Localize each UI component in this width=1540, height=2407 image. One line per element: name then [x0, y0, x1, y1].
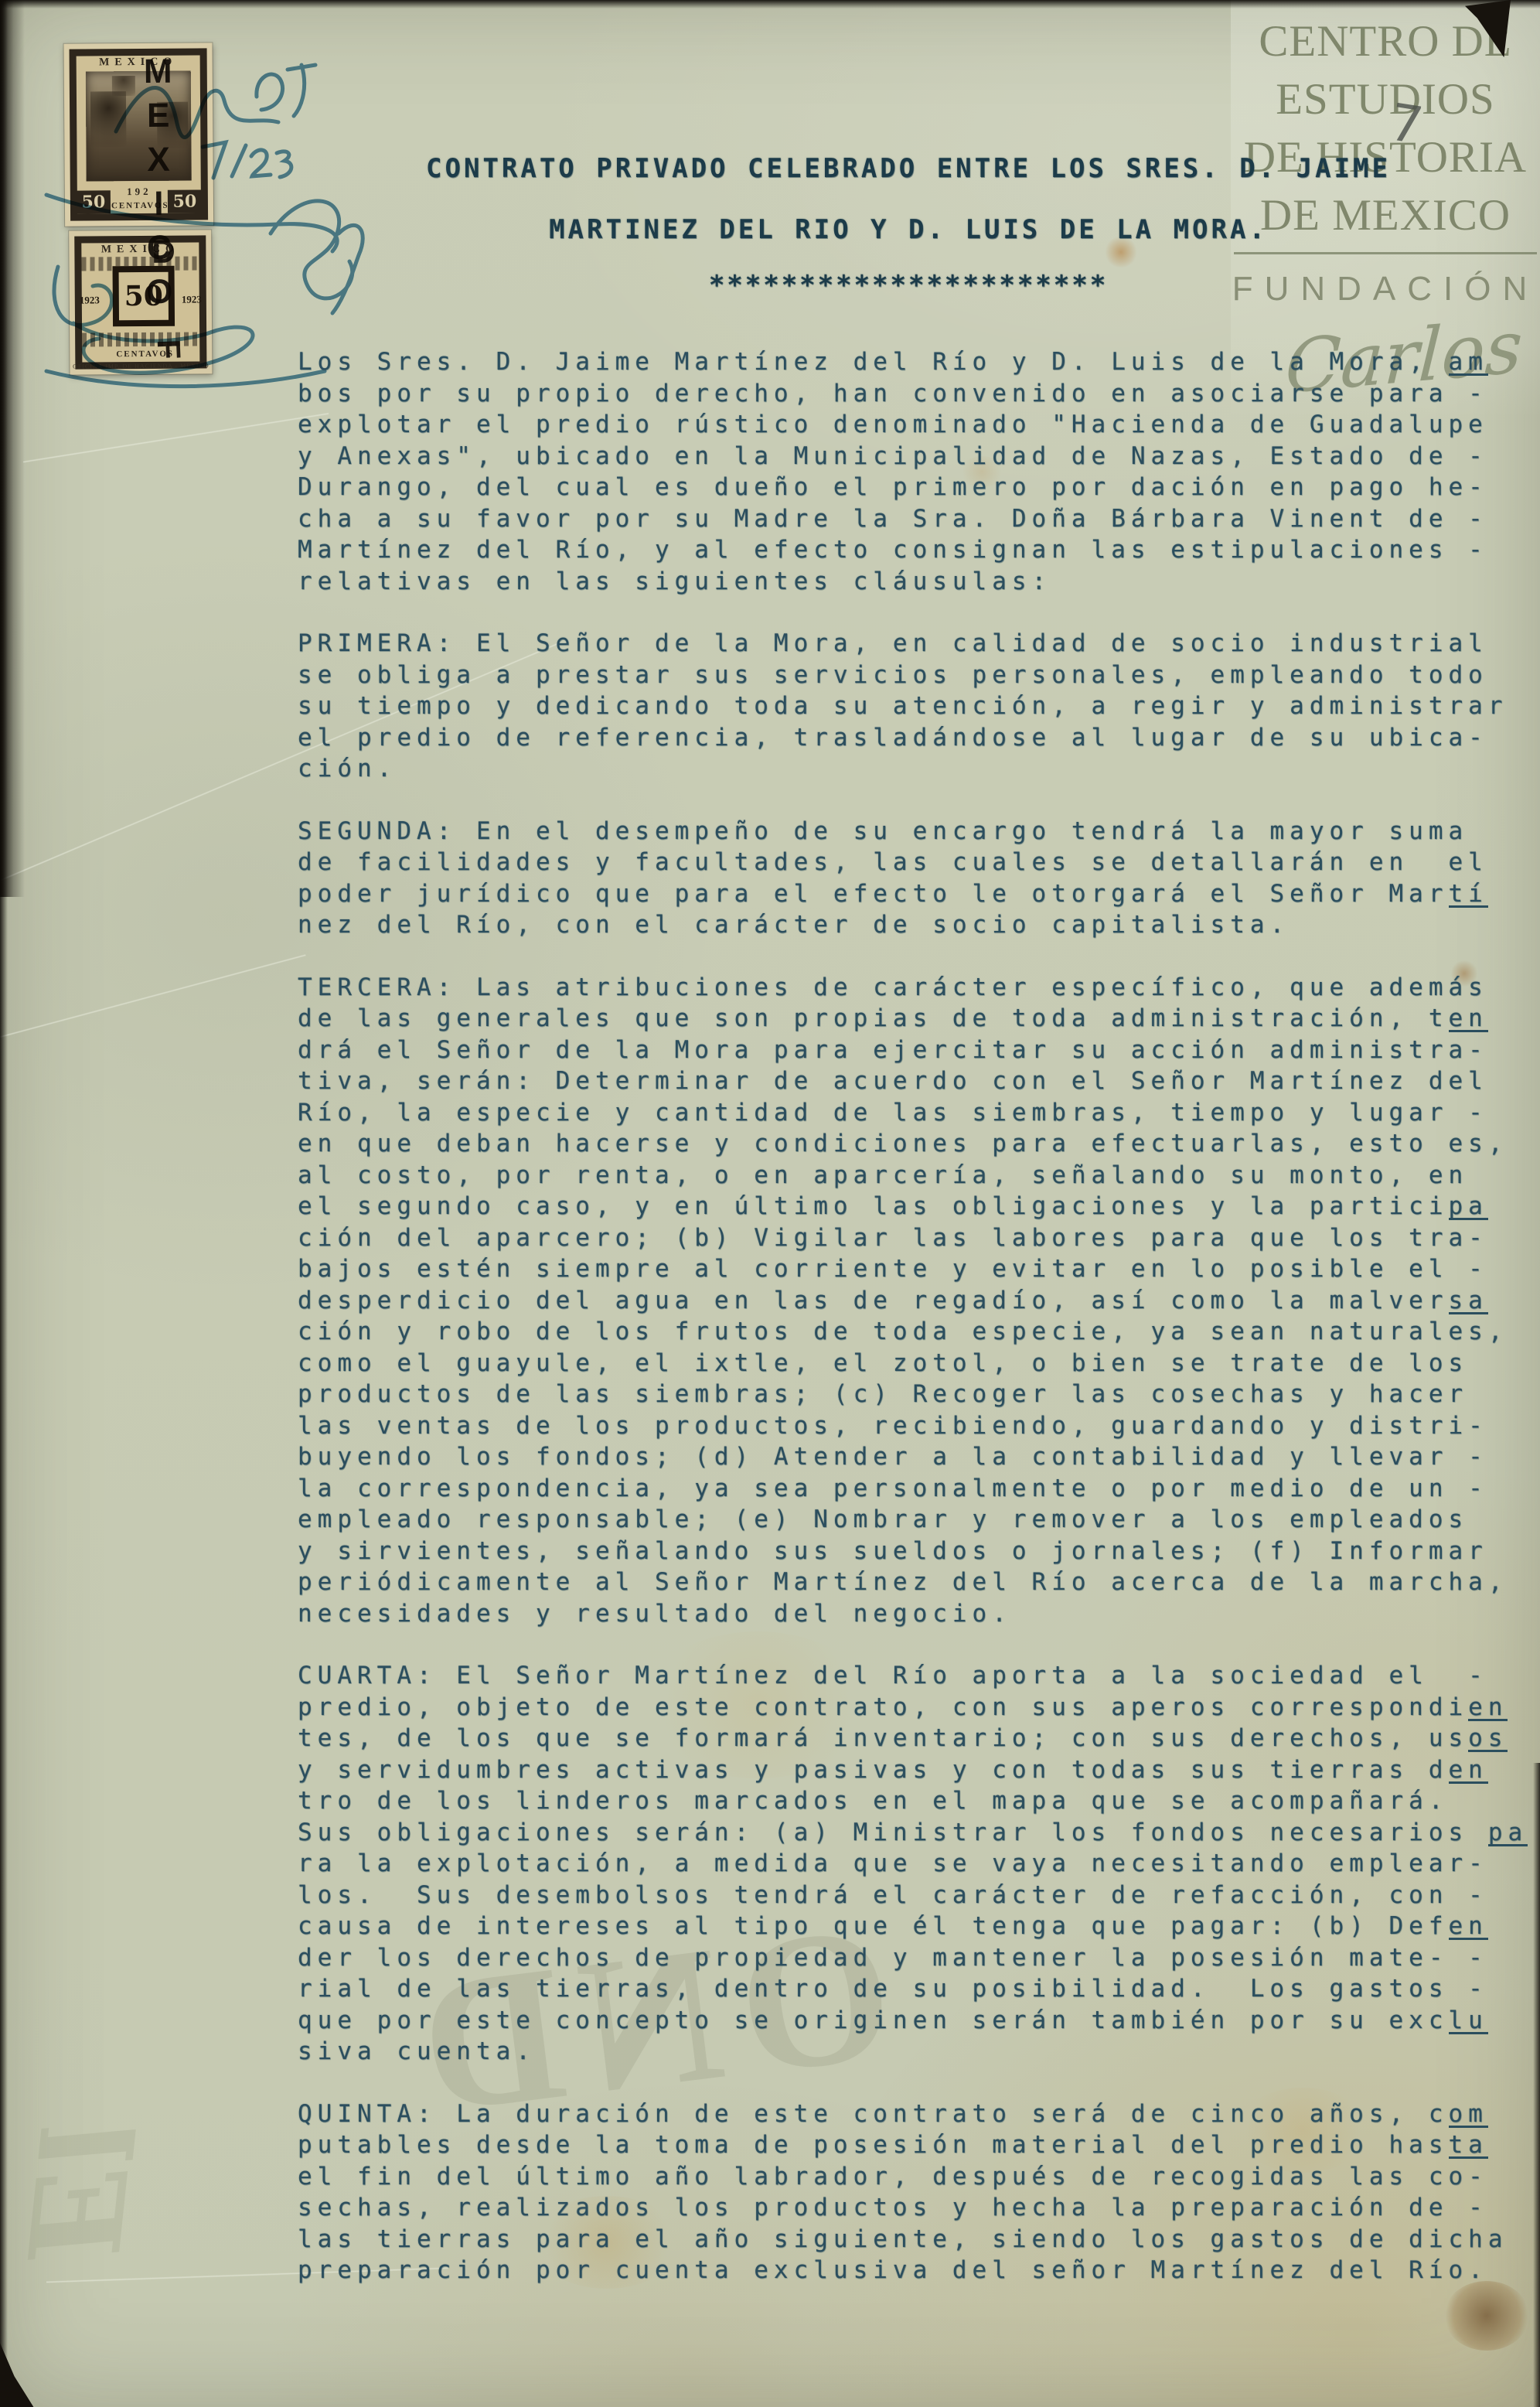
document-line: que por este concepto se originen serán … — [298, 2005, 1535, 2037]
document-title: CONTRATO PRIVADO CELEBRADO ENTRE LOS SRE… — [298, 153, 1519, 301]
document-line: poder jurídico que para el efecto le oto… — [298, 878, 1535, 910]
document-line: CUARTA: El Señor Martínez del Río aporta… — [298, 1660, 1535, 1692]
document-line: su tiempo y dedicando toda su atención, … — [298, 690, 1535, 722]
underlined-text: lu — [1449, 2006, 1488, 2034]
document-line: periódicamente al Señor Martínez del Río… — [298, 1567, 1535, 1598]
document-line: Los Sres. D. Jaime Martínez del Río y D.… — [298, 346, 1535, 378]
document-line: tro de los linderos marcados en el mapa … — [298, 1785, 1535, 1817]
document-line: el fin del último año labrador, después … — [298, 2161, 1535, 2193]
document-line: de las generales que son propias de toda… — [298, 1003, 1535, 1035]
document-line: buyendo los fondos; (d) Atender a la con… — [298, 1441, 1535, 1473]
document-line: empleado responsable; (e) Nombrar y remo… — [298, 1504, 1535, 1536]
document-line: ción y robo de los frutos de toda especi… — [298, 1316, 1535, 1348]
paragraph-tercera: TERCERA: Las atribuciones de carácter es… — [298, 972, 1535, 1630]
document-line: y servidumbres activas y pasivas y con t… — [298, 1754, 1535, 1786]
document-line: las tierras para el año siguiente, siend… — [298, 2224, 1535, 2255]
document-line: putables desde la toma de posesión mater… — [298, 2129, 1535, 2161]
scanned-contract-page: OND El CENTRO DE ESTUDIOS DE HISTORIA DE… — [0, 0, 1540, 2407]
document-line: Sus obligaciones serán: (a) Ministrar lo… — [298, 1817, 1535, 1849]
paragraph-intro: Los Sres. D. Jaime Martínez del Río y D.… — [298, 346, 1535, 597]
document-line: y Anexas", ubicado en la Municipalidad d… — [298, 441, 1535, 472]
document-line: de facilidades y facultades, las cuales … — [298, 847, 1535, 878]
document-line: sechas, realizados los productos y hecha… — [298, 2192, 1535, 2224]
document-line: el segundo caso, y en último las obligac… — [298, 1191, 1535, 1222]
underlined-text: pa — [1449, 1192, 1488, 1220]
scan-edge-top — [0, 0, 1540, 9]
underlined-text: am — [1449, 348, 1488, 376]
document-line: necesidades y resultado del negocio. — [298, 1598, 1535, 1630]
watermark-line: ESTUDIOS — [1231, 70, 1540, 128]
title-line-2: MARTINEZ DEL RIO Y D. LUIS DE LA MORA. — [298, 214, 1519, 245]
document-line: tiva, serán: Determinar de acuerdo con e… — [298, 1065, 1535, 1097]
paragraph-primera: PRIMERA: El Señor de la Mora, en calidad… — [298, 628, 1535, 785]
document-line: ción del aparcero; (b) Vigilar las labor… — [298, 1222, 1535, 1254]
underlined-text: sa — [1449, 1287, 1488, 1314]
document-line: como el guayule, el ixtle, el zotol, o b… — [298, 1348, 1535, 1379]
document-line: nez del Río, con el carácter de socio ca… — [298, 909, 1535, 941]
scan-edge-left — [0, 0, 8, 2407]
underlined-text: ta — [1449, 2131, 1488, 2159]
document-line: siva cuenta. — [298, 2036, 1535, 2068]
document-line: y sirvientes, señalando sus sueldos o jo… — [298, 1536, 1535, 1567]
document-line: bos por su propio derecho, han convenido… — [298, 378, 1535, 410]
document-line: ra la explotación, a medida que se vaya … — [298, 1848, 1535, 1880]
document-line: relativas en las siguientes cláusulas: — [298, 566, 1535, 598]
document-line: PRIMERA: El Señor de la Mora, en calidad… — [298, 628, 1535, 660]
document-line: ción. — [298, 753, 1535, 785]
underlined-text: en — [1468, 1693, 1508, 1721]
underlined-text: en — [1449, 1004, 1488, 1032]
document-line: Martínez del Río, y al efecto consignan … — [298, 534, 1535, 566]
title-line-1: CONTRATO PRIVADO CELEBRADO ENTRE LOS SRE… — [298, 153, 1519, 184]
underlined-text: tí — [1449, 880, 1488, 908]
document-body: Los Sres. D. Jaime Martínez del Río y D.… — [298, 346, 1535, 2317]
document-line: TERCERA: Las atribuciones de carácter es… — [298, 972, 1535, 1004]
document-line: preparación por cuenta exclusiva del señ… — [298, 2255, 1535, 2286]
document-line: QUINTA: La duración de este contrato ser… — [298, 2098, 1535, 2130]
document-line: SEGUNDA: En el desempeño de su encargo t… — [298, 816, 1535, 847]
document-line: drá el Señor de la Mora para ejercitar s… — [298, 1035, 1535, 1066]
document-line: productos de las siembras; (c) Recoger l… — [298, 1379, 1535, 1410]
document-line: explotar el predio rústico denominado "H… — [298, 409, 1535, 441]
document-line: tes, de los que se formará inventario; c… — [298, 1723, 1535, 1754]
underlined-text: os — [1468, 1724, 1508, 1752]
underlined-text: en — [1449, 1756, 1488, 1784]
underlined-text: pa — [1488, 1819, 1528, 1846]
scan-edge-right — [1533, 1763, 1540, 2407]
document-line: la correspondencia, ya sea personalmente… — [298, 1473, 1535, 1505]
document-line: cha a su favor por su Madre la Sra. Doña… — [298, 503, 1535, 535]
document-line: se obliga a prestar sus servicios person… — [298, 660, 1535, 691]
document-line: causa de intereses al tipo que él tenga … — [298, 1911, 1535, 1942]
paragraph-segunda: SEGUNDA: En el desempeño de su encargo t… — [298, 816, 1535, 941]
document-line: der los derechos de propiedad y mantener… — [298, 1942, 1535, 1974]
document-line: el predio de referencia, trasladándose a… — [298, 722, 1535, 754]
document-line: al costo, por renta, o en aparcería, señ… — [298, 1160, 1535, 1192]
document-line: bajos estén siempre al corriente y evita… — [298, 1253, 1535, 1285]
paragraph-quinta: QUINTA: La duración de este contrato ser… — [298, 2098, 1535, 2286]
document-line: predio, objeto de este contrato, con sus… — [298, 1692, 1535, 1723]
document-line: Río, la especie y cantidad de las siembr… — [298, 1097, 1535, 1129]
document-line: rial de las tierras, dentro de su posibi… — [298, 1973, 1535, 2005]
document-line: en que deban hacerse y condiciones para … — [298, 1128, 1535, 1160]
document-line: desperdicio del agua en las de regadío, … — [298, 1285, 1535, 1317]
underlined-text: en — [1449, 1912, 1488, 1940]
document-line: los. Sus desembolsos tendrá el carácter … — [298, 1880, 1535, 1911]
underlined-text: om — [1449, 2100, 1488, 2128]
paragraph-cuarta: CUARTA: El Señor Martínez del Río aporta… — [298, 1660, 1535, 2068]
document-line: las ventas de los productos, recibiendo,… — [298, 1410, 1535, 1442]
document-line: Durango, del cual es dueño el primero po… — [298, 472, 1535, 503]
title-separator: ********************** — [298, 270, 1519, 301]
